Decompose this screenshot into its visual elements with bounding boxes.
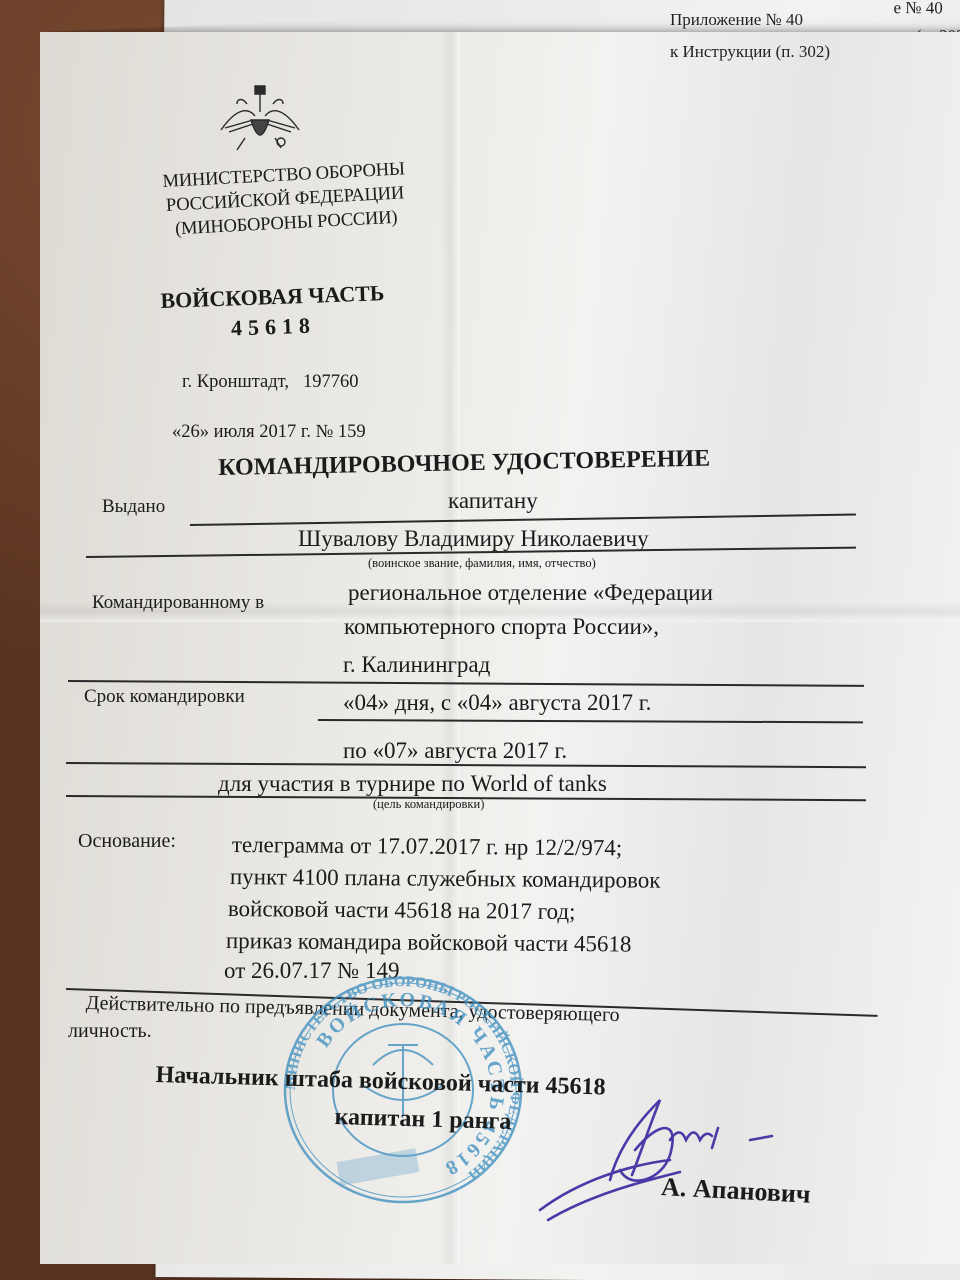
- appendix-line-1: Приложение № 40: [670, 4, 830, 36]
- basis-line-3: войсковой части 45618 на 2017 год;: [228, 896, 576, 925]
- basis-line-4: приказ командира войсковой части 45618: [226, 928, 632, 958]
- destination-line-3: г. Калининград: [343, 652, 490, 678]
- appendix-line-2: к Инструкции (п. 302): [670, 36, 830, 68]
- basis-line-1: телеграмма от 17.07.2017 г. нр 12/2/974;: [232, 832, 623, 861]
- term-line-1: «04» дня, с «04» августа 2017 г.: [343, 690, 651, 716]
- appendix-note: Приложение № 40 к Инструкции (п. 302): [670, 4, 830, 68]
- destination-line-2: компьютерного спорта России»,: [344, 614, 659, 640]
- destination-line-1: региональное отделение «Федерации: [348, 580, 713, 606]
- basis-line-2: пункт 4100 плана служебных командировок: [230, 864, 661, 894]
- city: г. Кронштадт,: [182, 372, 289, 392]
- term-label: Срок командировки: [84, 686, 245, 708]
- signatory-rank: капитан 1 ранга: [334, 1104, 511, 1136]
- destination-label: Командированному в: [92, 592, 264, 614]
- travel-certificate-document: Приложение № 40 к Инструкции (п. 302) МИ…: [0, 0, 960, 1280]
- purpose-value: для участия в турнире по World of tanks: [218, 771, 607, 797]
- document-date-number: «26» июля 2017 г. № 159: [172, 422, 366, 443]
- certificate-title: КОМАНДИРОВОЧНОЕ УДОСТОВЕРЕНИЕ: [218, 446, 710, 482]
- issued-label: Выдано: [102, 496, 165, 518]
- double-headed-eagle-emblem-icon: [215, 80, 305, 160]
- name-caption: (воинское звание, фамилия, имя, отчество…: [368, 556, 596, 571]
- term-underline-1: [318, 719, 863, 723]
- military-unit-heading: ВОЙСКОВАЯ ЧАСТЬ 45618: [160, 278, 386, 346]
- term-line-2: по «07» августа 2017 г.: [343, 738, 567, 764]
- handwritten-signature-icon: [520, 1060, 790, 1250]
- rank-value: капитану: [448, 488, 538, 514]
- rank-underline: [190, 514, 856, 526]
- full-name-value: Шувалову Владимиру Николаевичу: [298, 526, 649, 552]
- basis-label: Основание:: [78, 830, 176, 853]
- ministry-header: МИНИСТЕРСТВО ОБОРОНЫ РОССИЙСКОЙ ФЕДЕРАЦИ…: [162, 157, 408, 242]
- purpose-caption: (цель командировки): [373, 797, 484, 812]
- address-line: г. Кронштадт,197760: [182, 372, 359, 393]
- validity-line-2: личность.: [68, 1020, 152, 1043]
- postcode: 197760: [303, 372, 359, 392]
